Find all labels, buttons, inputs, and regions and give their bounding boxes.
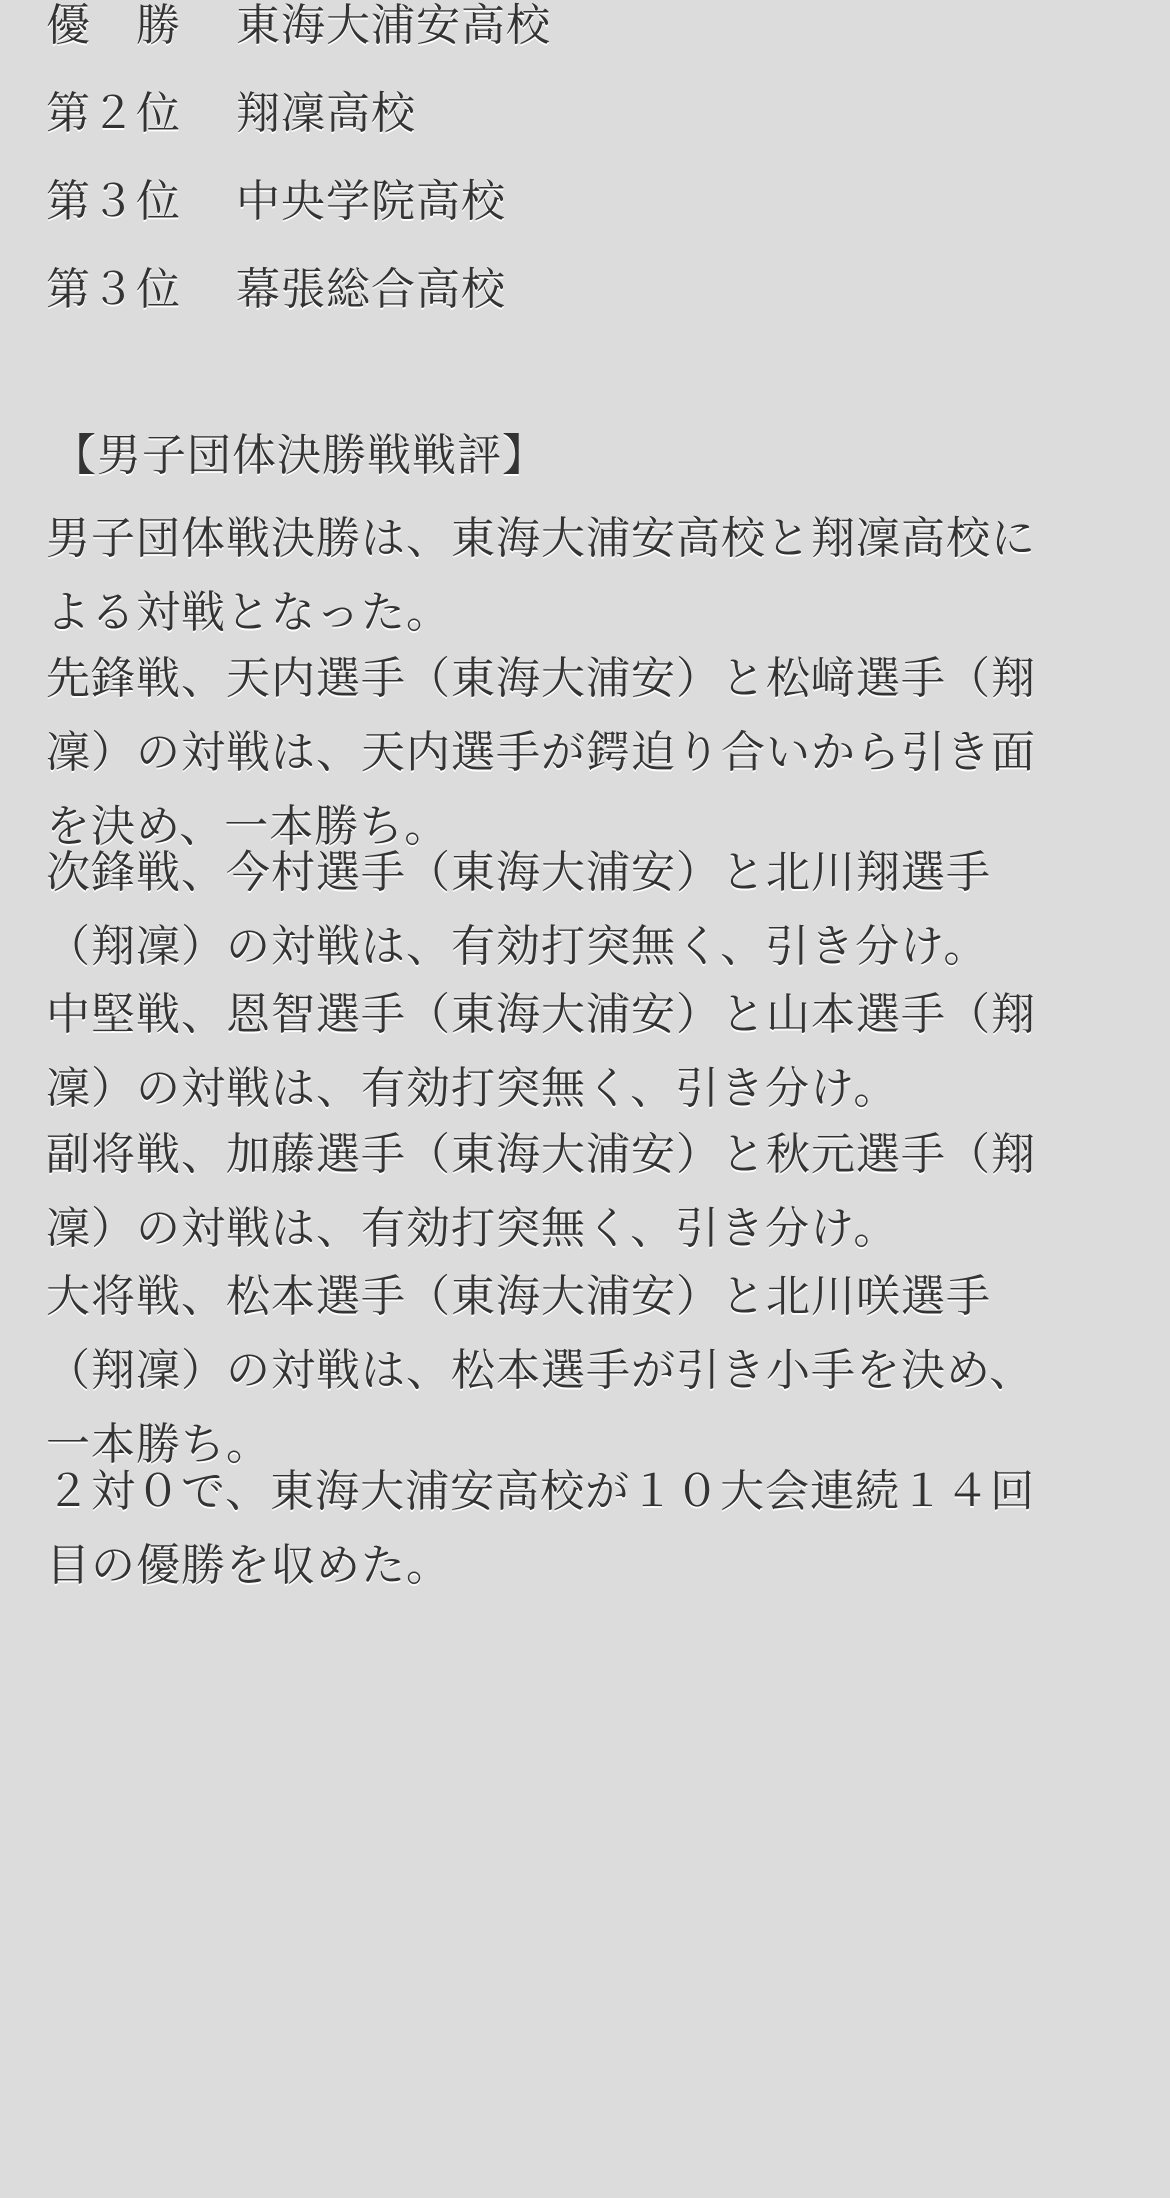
text-line: 中堅戦、恩智選手（東海大浦安）と山本選手（翔 <box>46 978 1126 1052</box>
text-line: 先鋒戦、天内選手（東海大浦安）と松﨑選手（翔 <box>46 642 1126 716</box>
paragraph-senpo: 先鋒戦、天内選手（東海大浦安）と松﨑選手（翔 凜）の対戦は、天内選手が鍔迫り合い… <box>46 642 1126 864</box>
text-line: 凜）の対戦は、有効打突無く、引き分け。 <box>46 1192 1126 1266</box>
text-line: ２対０で、東海大浦安高校が１０大会連続１４回 <box>46 1455 1126 1529</box>
result-school: 東海大浦安高校 <box>236 0 551 51</box>
result-row-winner: 優 勝東海大浦安高校 <box>46 0 551 52</box>
text-line: 凜）の対戦は、有効打突無く、引き分け。 <box>46 1052 1126 1126</box>
text-line: 大将戦、松本選手（東海大浦安）と北川咲選手 <box>46 1260 1126 1334</box>
paragraph-summary: ２対０で、東海大浦安高校が１０大会連続１４回 目の優勝を収めた。 <box>46 1455 1126 1603</box>
text-line: 凜）の対戦は、天内選手が鍔迫り合いから引き面 <box>46 716 1126 790</box>
text-line: 次鋒戦、今村選手（東海大浦安）と北川翔選手 <box>46 836 1126 910</box>
result-school: 幕張総合高校 <box>236 264 506 315</box>
text-line: よる対戦となった。 <box>46 576 1126 650</box>
paragraph-jiho: 次鋒戦、今村選手（東海大浦安）と北川翔選手 （翔凜）の対戦は、有効打突無く、引き… <box>46 836 1126 984</box>
paragraph-intro: 男子団体戦決勝は、東海大浦安高校と翔凜高校に よる対戦となった。 <box>46 502 1126 650</box>
result-row-third-a: 第３位中央学院高校 <box>46 176 506 228</box>
text-line: （翔凜）の対戦は、松本選手が引き小手を決め、 <box>46 1334 1126 1408</box>
paragraph-taisho: 大将戦、松本選手（東海大浦安）と北川咲選手 （翔凜）の対戦は、松本選手が引き小手… <box>46 1260 1126 1482</box>
paragraph-chuken: 中堅戦、恩智選手（東海大浦安）と山本選手（翔 凜）の対戦は、有効打突無く、引き分… <box>46 978 1126 1126</box>
result-school: 中央学院高校 <box>236 176 506 227</box>
result-rank: 第３位 <box>46 176 236 228</box>
result-row-second: 第２位翔凜高校 <box>46 88 416 140</box>
text-line: 目の優勝を収めた。 <box>46 1529 1126 1603</box>
result-rank: 優 勝 <box>46 0 236 52</box>
result-school: 翔凜高校 <box>236 88 416 139</box>
result-rank: 第３位 <box>46 264 236 316</box>
text-line: （翔凜）の対戦は、有効打突無く、引き分け。 <box>46 910 1126 984</box>
result-row-third-b: 第３位幕張総合高校 <box>46 264 506 316</box>
section-heading: 【男子団体決勝戦戦評】 <box>52 430 547 482</box>
result-rank: 第２位 <box>46 88 236 140</box>
text-line: 副将戦、加藤選手（東海大浦安）と秋元選手（翔 <box>46 1118 1126 1192</box>
paragraph-fukusho: 副将戦、加藤選手（東海大浦安）と秋元選手（翔 凜）の対戦は、有効打突無く、引き分… <box>46 1118 1126 1266</box>
text-line: 男子団体戦決勝は、東海大浦安高校と翔凜高校に <box>46 502 1126 576</box>
